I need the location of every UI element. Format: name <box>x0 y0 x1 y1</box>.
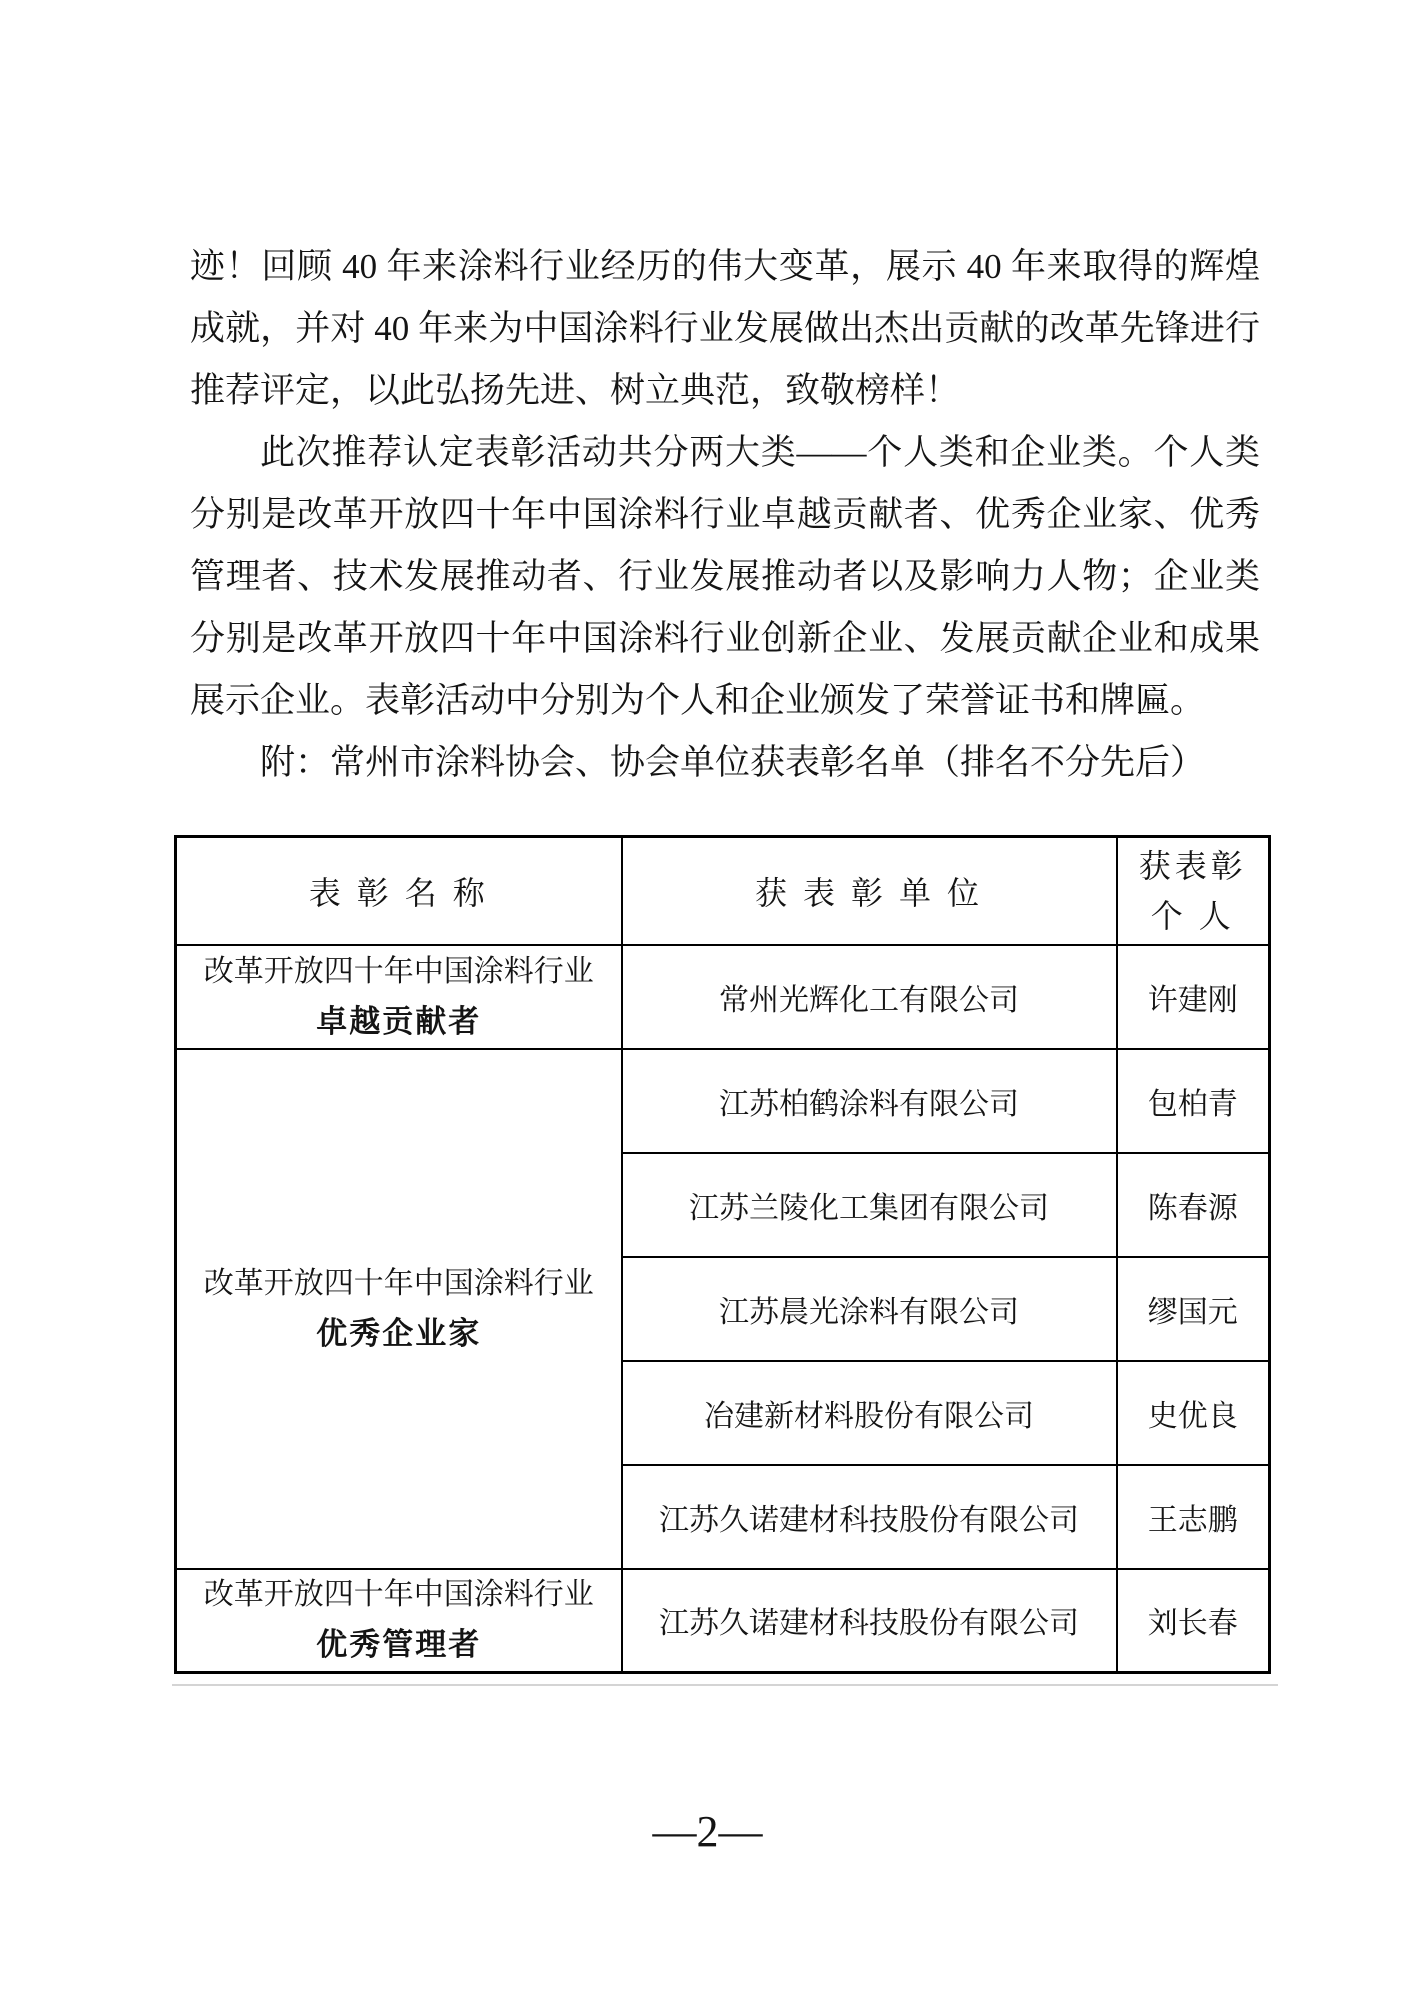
awarded-person-cell: 史优良 <box>1117 1361 1270 1465</box>
table-row: 改革开放四十年中国涂料行业 优秀管理者 江苏久诺建材科技股份有限公司 刘长春 <box>176 1569 1270 1673</box>
awarded-unit-cell: 江苏兰陵化工集团有限公司 <box>622 1153 1117 1257</box>
scan-artifact-line <box>172 1684 1278 1686</box>
award-title-line: 改革开放四十年中国涂料行业 <box>177 947 621 997</box>
awarded-unit-cell: 江苏柏鹤涂料有限公司 <box>622 1049 1117 1153</box>
paragraph-continuation: 迹！回顾 40 年来涂料行业经历的伟大变革，展示 40 年来取得的辉煌成就，并对… <box>190 236 1260 422</box>
award-title-line: 改革开放四十年中国涂料行业 <box>177 1259 621 1309</box>
awarded-unit-cell: 江苏晨光涂料有限公司 <box>622 1257 1117 1361</box>
awarded-person-cell: 包柏青 <box>1117 1049 1270 1153</box>
table-row: 改革开放四十年中国涂料行业 优秀企业家 江苏柏鹤涂料有限公司 包柏青 <box>176 1049 1270 1153</box>
body-text-block: 迹！回顾 40 年来涂料行业经历的伟大变革，展示 40 年来取得的辉煌成就，并对… <box>190 236 1260 794</box>
page-number: —2— <box>0 1806 1415 1858</box>
document-page: 迹！回顾 40 年来涂料行业经历的伟大变革，展示 40 年来取得的辉煌成就，并对… <box>0 0 1415 2000</box>
awarded-unit-cell: 江苏久诺建材科技股份有限公司 <box>622 1569 1117 1673</box>
awarded-person-cell: 刘长春 <box>1117 1569 1270 1673</box>
table-header-row: 表 彰 名 称 获 表 彰 单 位 获表彰 个 人 <box>176 837 1270 945</box>
award-name-cell-excellent-manager: 改革开放四十年中国涂料行业 优秀管理者 <box>176 1569 622 1673</box>
award-title-line: 改革开放四十年中国涂料行业 <box>177 1570 621 1620</box>
awarded-person-cell: 王志鹏 <box>1117 1465 1270 1569</box>
header-awarded-person: 获表彰 个 人 <box>1117 837 1270 945</box>
paragraph-attachment-note: 附：常州市涂料协会、协会单位获表彰名单（排名不分先后） <box>190 732 1260 794</box>
award-category-label: 优秀企业家 <box>177 1309 621 1359</box>
awarded-unit-cell: 冶建新材料股份有限公司 <box>622 1361 1117 1465</box>
paragraph-categories: 此次推荐认定表彰活动共分两大类——个人类和企业类。个人类分别是改革开放四十年中国… <box>190 422 1260 732</box>
award-category-label: 优秀管理者 <box>177 1620 621 1670</box>
awarded-unit-cell: 江苏久诺建材科技股份有限公司 <box>622 1465 1117 1569</box>
awarded-person-cell: 许建刚 <box>1117 945 1270 1049</box>
header-award-name: 表 彰 名 称 <box>176 837 622 945</box>
awards-table: 表 彰 名 称 获 表 彰 单 位 获表彰 个 人 改革开放四十年中国涂料行业 … <box>174 835 1271 1674</box>
header-awarded-unit: 获 表 彰 单 位 <box>622 837 1117 945</box>
awarded-person-cell: 缪国元 <box>1117 1257 1270 1361</box>
awarded-unit-cell: 常州光辉化工有限公司 <box>622 945 1117 1049</box>
header-awarded-person-stack: 获表彰 个 人 <box>1118 841 1269 941</box>
header-awarded-person-line2: 个 人 <box>1118 891 1269 941</box>
table-row: 改革开放四十年中国涂料行业 卓越贡献者 常州光辉化工有限公司 许建刚 <box>176 945 1270 1049</box>
award-name-cell-outstanding-contributor: 改革开放四十年中国涂料行业 卓越贡献者 <box>176 945 622 1049</box>
header-awarded-person-line1: 获表彰 <box>1118 841 1269 891</box>
awarded-person-cell: 陈春源 <box>1117 1153 1270 1257</box>
award-name-cell-excellent-entrepreneur: 改革开放四十年中国涂料行业 优秀企业家 <box>176 1049 622 1569</box>
award-category-label: 卓越贡献者 <box>177 997 621 1047</box>
